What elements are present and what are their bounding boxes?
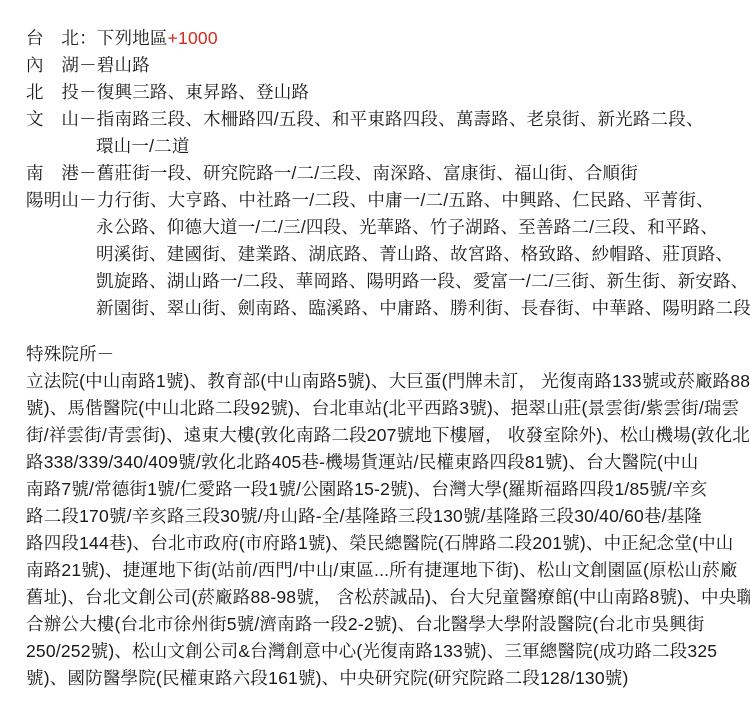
special-line-2: 號)、馬偕醫院(中山北路二段92號)、台北車站(北平西路3號)、挹翠山莊(景雲街… bbox=[26, 395, 732, 422]
district-line-yangmingshan-cont-4: 新園街、翠山街、劍南路、臨溪路、中庸路、勝利街、長春街、中華路、陽明路二段 bbox=[26, 295, 732, 322]
city-header-text: 台 北：下列地區 bbox=[26, 28, 168, 48]
special-line-6: 路二段170號/辛亥路三段30號/舟山路-全/基隆路三段130號/基隆路三段30… bbox=[26, 503, 732, 530]
district-line-yangmingshan-cont-1: 永公路、仰德大道一/二/三/四段、光華路、竹子湖路、至善路二/三段、和平路、 bbox=[26, 214, 732, 241]
special-line-1: 立法院(中山南路1號)、教育部(中山南路5號)、大巨蛋(門牌未訂， 光復南路13… bbox=[26, 368, 732, 395]
district-line-wenshan: 文 山－指南路三段、木柵路四/五段、和平東路四段、萬壽路、老泉街、新光路二段、 bbox=[26, 106, 732, 133]
special-line-8: 南路21號)、捷運地下街(站前/西門/中山/東區...所有捷運地下街)、松山文創… bbox=[26, 557, 732, 584]
special-line-5: 南路7號/常德街1號/仁愛路一段1號/公園路15-2號)、台灣大學(羅斯福路四段… bbox=[26, 476, 732, 503]
special-line-10: 合辦公大樓(台北市徐州街5號/濟南路一段2-2號)、台北醫學大學附設醫院(台北市… bbox=[26, 611, 732, 638]
special-line-4: 路338/339/340/409號/敦化北路405巷-機場貨運站/民權東路四段8… bbox=[26, 449, 732, 476]
surcharge-amount: +1000 bbox=[168, 28, 218, 48]
special-line-9: 舊址)、台北文創公司(菸廠路88-98號， 含松菸誠品)、台大兒童醫療館(中山南… bbox=[26, 584, 732, 611]
notice-page: 台 北：下列地區+1000 內 湖－碧山路 北 投－復興三路、東昇路、登山路 文… bbox=[0, 0, 750, 727]
district-line-yangmingshan-cont-2: 明溪街、建國街、建業路、湖底路、菁山路、故宮路、格致路、紗帽路、莊頂路、 bbox=[26, 241, 732, 268]
special-line-3: 街/祥雲街/青雲街)、遠東大樓(敦化南路二段207號地下樓層， 收發室除外)、松… bbox=[26, 422, 732, 449]
district-line-yangmingshan-cont-3: 凱旋路、湖山路一/二段、華岡路、陽明路一段、愛富一/二/三街、新生街、新安路、 bbox=[26, 268, 732, 295]
district-line-yangmingshan: 陽明山－力行街、大亨路、中社路一/二段、中庸一/二/五路、中興路、仁民路、平菁街… bbox=[26, 187, 732, 214]
city-header-line: 台 北：下列地區+1000 bbox=[26, 25, 732, 52]
special-section-title: 特殊院所－ bbox=[26, 341, 732, 368]
district-line-nangang: 南 港－舊莊街一段、研究院路一/二/三段、南深路、富康街、福山街、合順街 bbox=[26, 160, 732, 187]
special-line-12: 號)、國防醫學院(民權東路六段161號)、中央研究院(研究院路二段128/130… bbox=[26, 665, 732, 692]
special-institutions-section: 特殊院所－ 立法院(中山南路1號)、教育部(中山南路5號)、大巨蛋(門牌未訂， … bbox=[26, 341, 732, 692]
special-line-11: 250/252號)、松山文創公司&台灣創意中心(光復南路133號)、三軍總醫院(… bbox=[26, 638, 732, 665]
special-line-7: 路四段144巷)、台北市政府(市府路1號)、榮民總醫院(石牌路二段201號)、中… bbox=[26, 530, 732, 557]
district-line-beitou: 北 投－復興三路、東昇路、登山路 bbox=[26, 79, 732, 106]
district-surcharge-list: 台 北：下列地區+1000 內 湖－碧山路 北 投－復興三路、東昇路、登山路 文… bbox=[26, 25, 732, 322]
district-line-neihu: 內 湖－碧山路 bbox=[26, 52, 732, 79]
district-line-wenshan-cont: 環山一/二道 bbox=[26, 133, 732, 160]
